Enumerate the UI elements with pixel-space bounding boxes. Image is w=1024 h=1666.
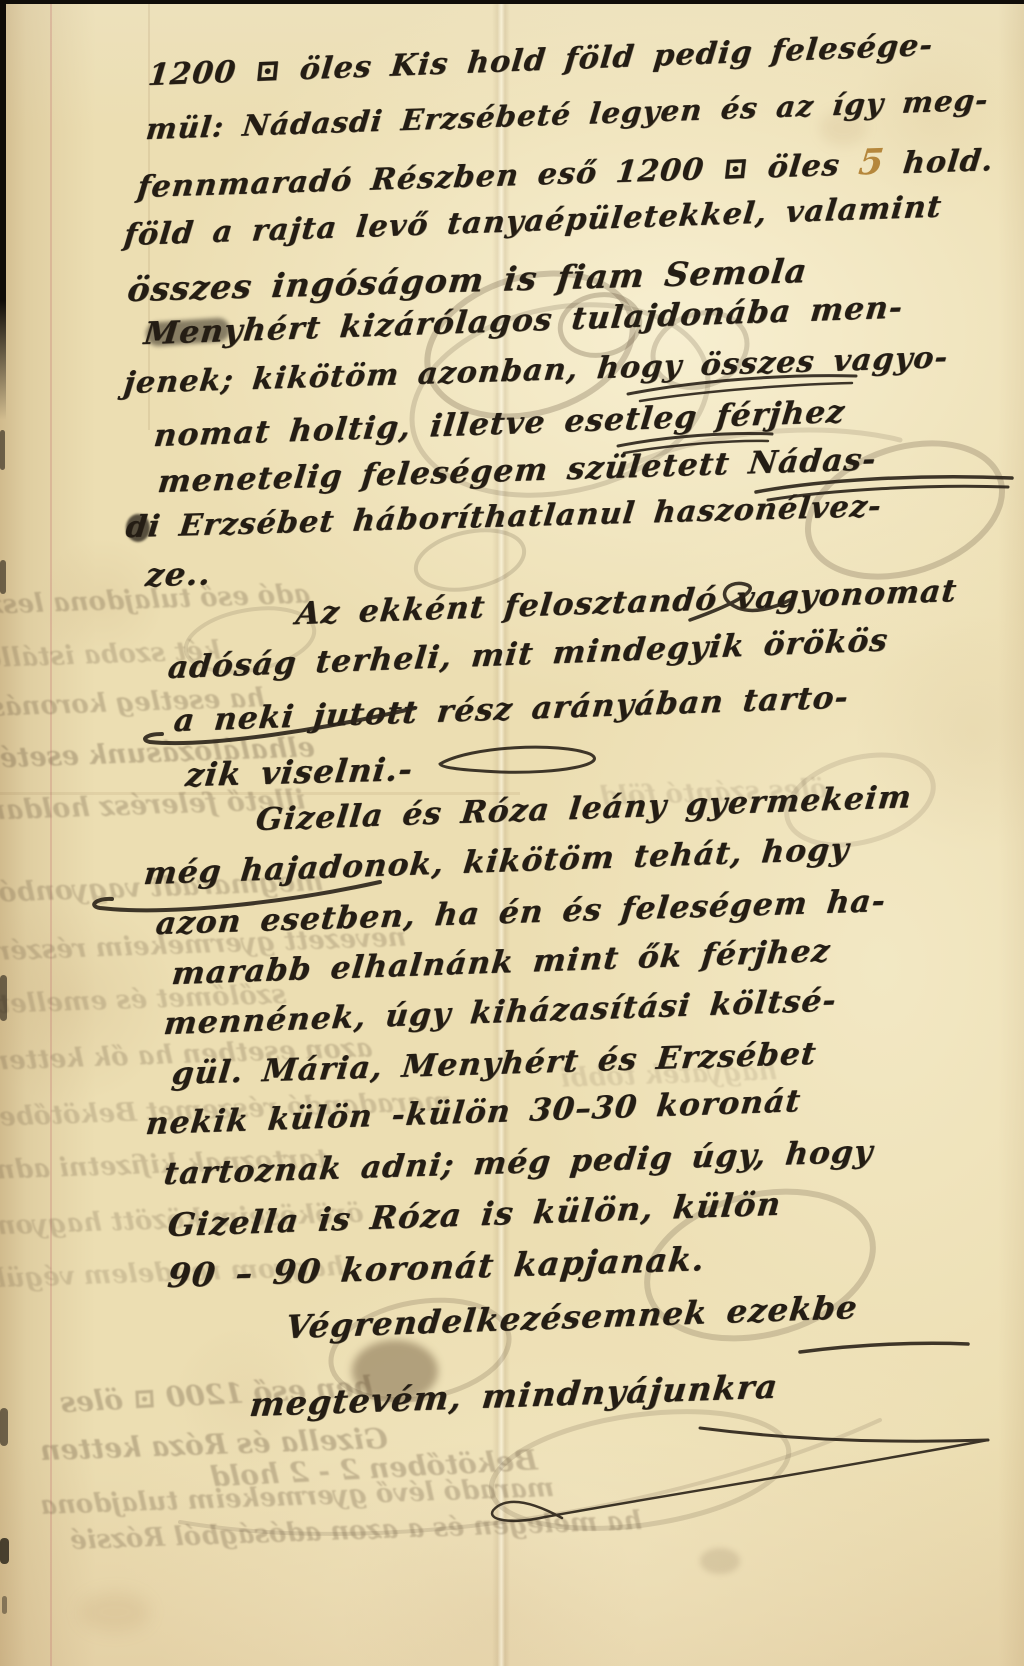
scan-edge-mark: [2, 1596, 7, 1614]
handwritten-line: nekik külön -külön 30–30 koronát: [144, 1083, 803, 1142]
handwritten-line: a neki jutott rész arányában tarto-: [172, 679, 851, 739]
handwritten-line: mül: Nádasdi Erzsébeté legyen és az így …: [144, 83, 990, 147]
handwritten-line: adóság terheli, mit mindegyik örökös: [166, 622, 890, 686]
handwritten-line: Végrendelkezésemnek ezekbe: [284, 1288, 860, 1346]
bleedthrough-text-fragment: Bekötőben 2 - 2 hold: [209, 1443, 538, 1493]
foxing-spot: [700, 1548, 740, 1574]
scan-edge-mark: [0, 1408, 8, 1446]
handwritten-text: hold.: [883, 143, 996, 182]
bleedthrough-text-fragment: Gizella és Róza ketten: [40, 1422, 389, 1467]
scan-edge-mark: [0, 560, 6, 594]
foxing-spot: [80, 1592, 150, 1632]
scan-edge-mark: [0, 430, 5, 470]
scan-edge-mark: [0, 1538, 9, 1564]
scan-edge-mark: [0, 975, 7, 1021]
handwritten-line: megtevém, mindnyájunkra: [248, 1367, 780, 1425]
bleedthrough-text-fragment: ha melegen és a azon adóságból Rózsié: [70, 1506, 643, 1556]
scan-edge-left: [0, 0, 6, 420]
handwritten-line: jenek; kikötöm azonban, hogy összes vagy…: [122, 340, 950, 401]
margin-ruling-line: [50, 0, 52, 1666]
handwritten-line: zik viselni.-: [184, 750, 416, 794]
handwritten-line: Gizella is Róza is külön, külön: [166, 1185, 783, 1245]
scan-edge-top: [0, 0, 1024, 4]
scanned-document-page: adó eső tulajdona leszkét szoba istállóh…: [0, 0, 1024, 1666]
center-fold-crease: [492, 0, 510, 1666]
handwritten-line: ze..: [144, 554, 214, 594]
handwritten-line: tartoznak adni; még pedig úgy, hogy: [162, 1134, 875, 1192]
handwritten-line: 90 – 90 koronát kapjanak.: [166, 1239, 708, 1295]
handwritten-line: 1200 ⊡ öles Kis hold föld pedig felesége…: [146, 28, 935, 93]
handwritten-line: azon esetben, ha én és feleségem ha-: [154, 883, 888, 942]
bleedthrough-text-fragment: maradó lévő gyermekeim tulajdona: [40, 1473, 555, 1521]
